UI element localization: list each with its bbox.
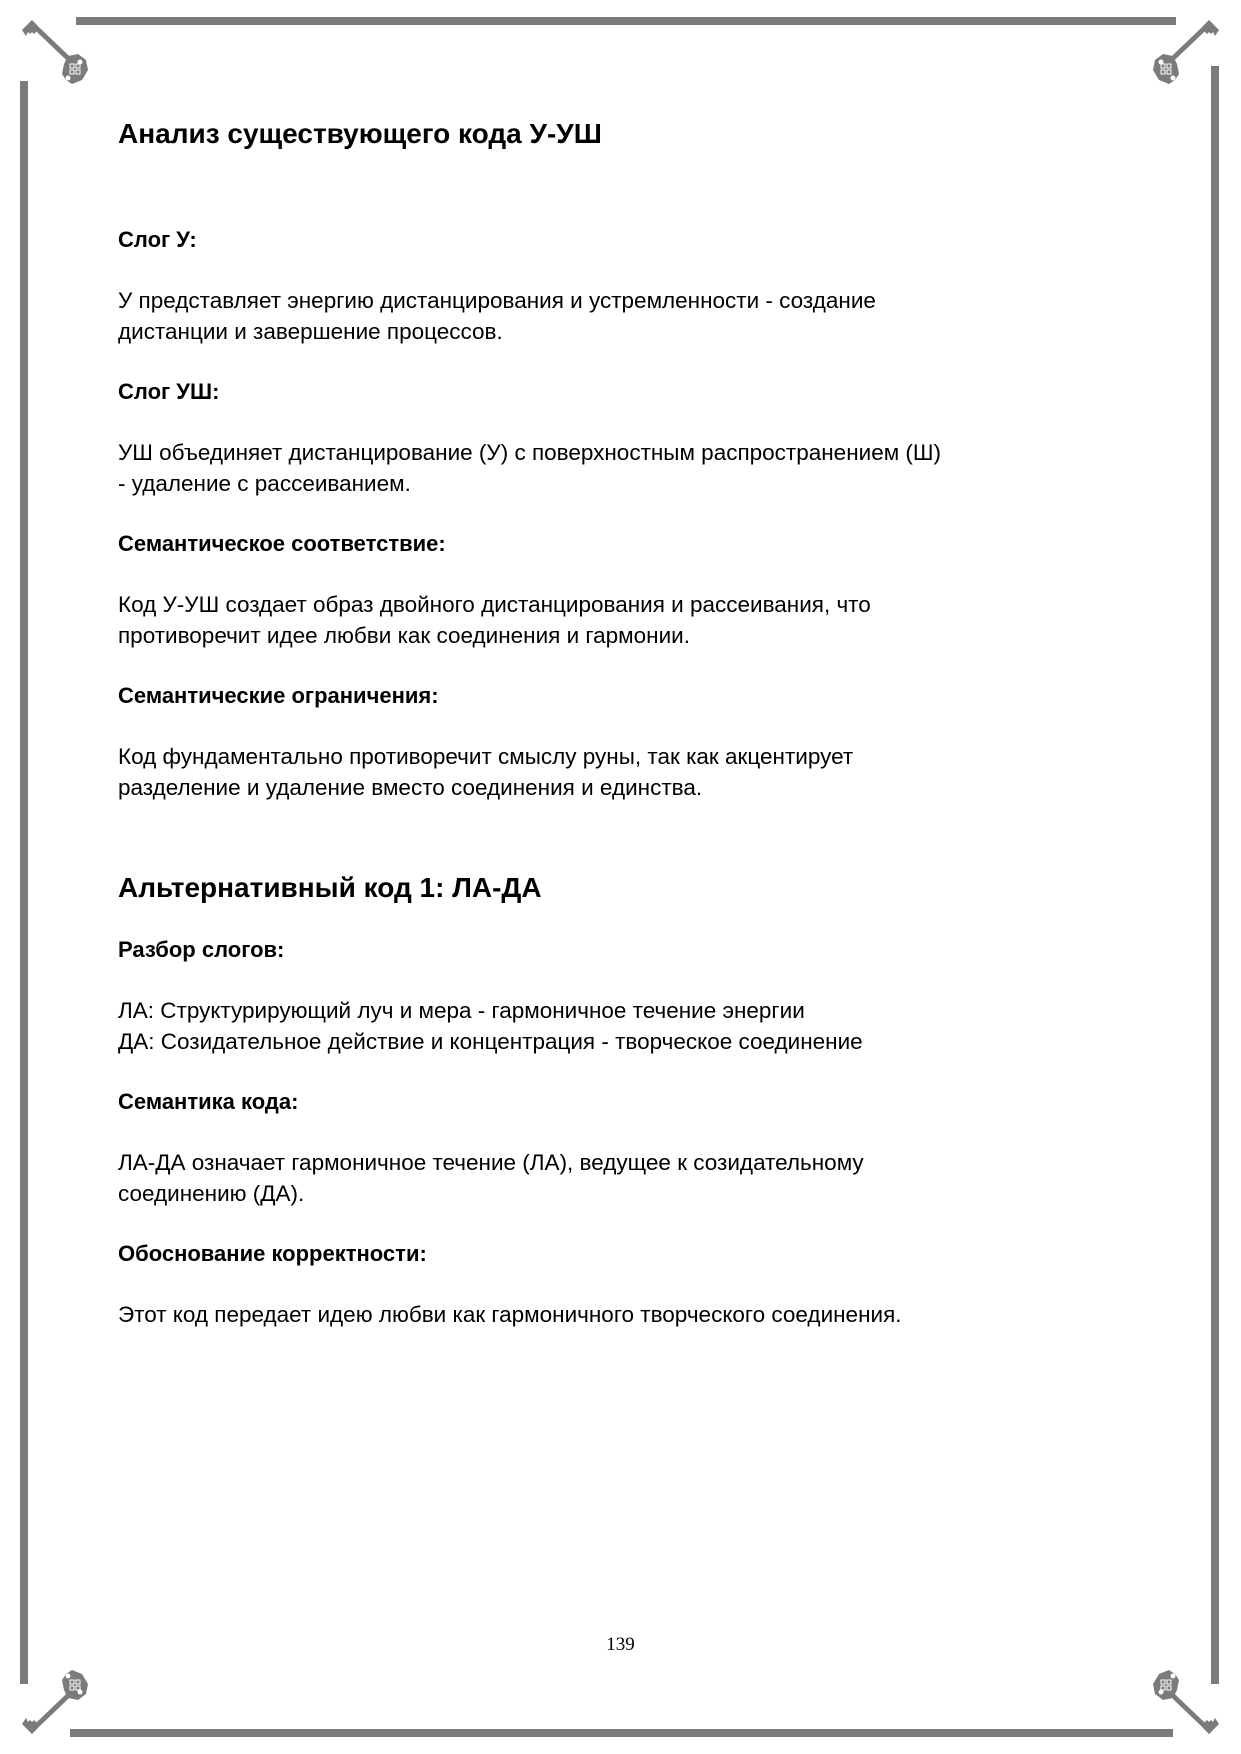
block-heading: Семантика кода: — [118, 1088, 1128, 1116]
block-heading: Обоснование корректности: — [118, 1240, 1128, 1268]
block-text: ДА: Созидательное действие и концентраци… — [118, 1026, 1128, 1057]
frame-bottom-border — [70, 1729, 1173, 1737]
block-heading: Слог УШ: — [118, 378, 1128, 406]
frame-top-border — [76, 17, 1176, 25]
block-heading: Слог У: — [118, 226, 1128, 254]
block-text: Код фундаментально противоречит смыслу р… — [118, 741, 1128, 772]
block-text: Этот код передает идею любви как гармони… — [118, 1299, 1128, 1330]
block-heading: Семантические ограничения: — [118, 682, 1128, 710]
block-text: - удаление с рассеиванием. — [118, 468, 1128, 499]
skeleton-key-icon — [8, 8, 88, 88]
section-title: Анализ существующего кода У-УШ — [118, 117, 1128, 151]
block-text: соединению (ДА). — [118, 1178, 1128, 1209]
block-text: УШ объединяет дистанцирование (У) с пове… — [118, 437, 1128, 468]
block-text: дистанции и завершение процессов. — [118, 316, 1128, 347]
block-text: У представляет энергию дистанцирования и… — [118, 285, 1128, 316]
page-number: 139 — [0, 1634, 1241, 1656]
frame-left-border — [20, 81, 28, 1684]
skeleton-key-icon — [1153, 1666, 1233, 1746]
block-text: противоречит идее любви как соединения и… — [118, 620, 1128, 651]
block-text: разделение и удаление вместо соединения … — [118, 772, 1128, 803]
skeleton-key-icon — [1153, 8, 1233, 88]
block-text: ЛА: Структурирующий луч и мера - гармони… — [118, 995, 1128, 1026]
page-content: Анализ существующего кода У-УШ Слог У: У… — [118, 117, 1128, 1330]
block-heading: Семантическое соответствие: — [118, 530, 1128, 558]
frame-right-border — [1211, 66, 1219, 1684]
block-text: Код У-УШ создает образ двойного дистанци… — [118, 589, 1128, 620]
skeleton-key-icon — [8, 1666, 88, 1746]
section-title: Альтернативный код 1: ЛА-ДА — [118, 871, 1128, 905]
block-text: ЛА-ДА означает гармоничное течение (ЛА),… — [118, 1147, 1128, 1178]
block-heading: Разбор слогов: — [118, 936, 1128, 964]
